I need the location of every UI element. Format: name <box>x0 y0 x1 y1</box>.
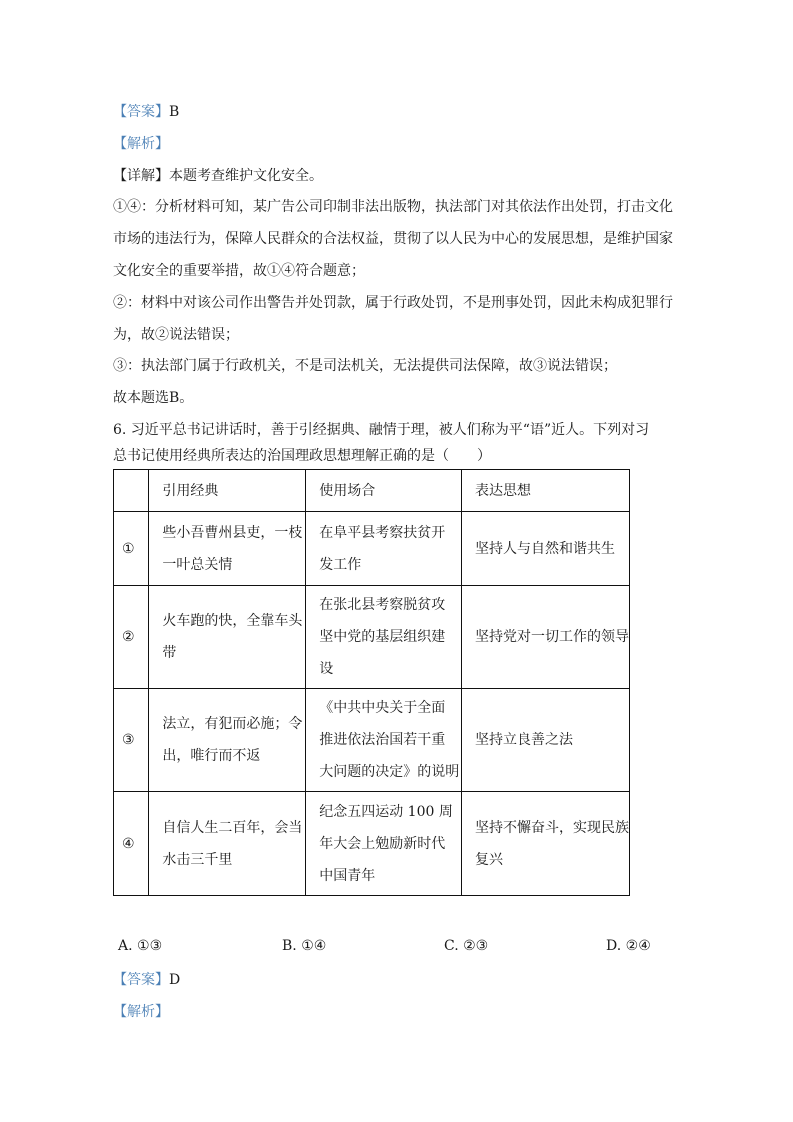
answer-options: A. ①③ B. ①④ C. ②③ D. ②④ <box>118 938 678 958</box>
question-stem-line: 总书记使用经典所表达的治国理政思想理解正确的是（ ） <box>113 446 491 466</box>
cell-line: 坚中党的基层组织建 <box>319 621 461 653</box>
idea-cell: 坚持党对一切工作的领导 <box>462 586 630 689</box>
cell-line: 在阜平县考察扶贫开 <box>319 517 461 549</box>
option-label: C. <box>444 938 459 954</box>
explanation-line: 为，故②说法错误； <box>113 325 239 345</box>
cell-line: 水击三千里 <box>162 844 305 876</box>
row-number: ③ <box>114 689 149 792</box>
occasion-cell: 纪念五四运动 100 周 年大会上勉励新时代 中国青年 <box>306 792 462 896</box>
cell-line: 坚持党对一切工作的领导 <box>475 621 629 653</box>
cell-line: 一叶总关情 <box>162 549 305 581</box>
cell-line: 中国青年 <box>319 860 461 892</box>
table-header-cell: 引用经典 <box>149 470 306 512</box>
idea-cell: 坚持人与自然和谐共生 <box>462 512 630 586</box>
cell-line: 复兴 <box>475 844 629 876</box>
cell-line: 火车跑的快，全靠车头 <box>162 605 305 637</box>
cell-line: 设 <box>319 653 461 685</box>
classic-cell: 法立，有犯而必施；令 出，唯行而不返 <box>149 689 306 792</box>
option-label: B. <box>282 938 297 954</box>
classic-cell: 火车跑的快，全靠车头 带 <box>149 586 306 689</box>
answer-label: 【答案】 <box>113 104 169 120</box>
cell-line: 坚持不懈奋斗，实现民族 <box>475 812 629 844</box>
cell-line: 坚持立良善之法 <box>475 724 629 756</box>
cell-line: 带 <box>162 637 305 669</box>
answer-value: D <box>169 972 180 988</box>
document-page: 【答案】B 【解析】 【详解】本题考查维护文化安全。 ①④：分析材料可知，某广告… <box>0 0 793 1122</box>
cell-line: 在张北县考察脱贫攻 <box>319 589 461 621</box>
analysis-label: 【解析】 <box>113 1002 169 1022</box>
table-row: ④ 自信人生二百年，会当 水击三千里 纪念五四运动 100 周 年大会上勉励新时… <box>114 792 630 896</box>
table-header-cell: 表达思想 <box>462 470 630 512</box>
option-d: D. ②④ <box>606 938 651 954</box>
answer-value: B <box>169 104 179 120</box>
cell-line: 自信人生二百年，会当 <box>162 812 305 844</box>
question-stem-line: 6. 习近平总书记讲话时，善于引经据典、融情于理，被人们称为平“语”近人。下列对… <box>113 420 649 440</box>
explanation-line: 市场的违法行为，保障人民群众的合法权益，贯彻了以人民为中心的发展思想，是维护国家 <box>113 229 673 249</box>
cell-line: 些小吾曹州县吏，一枝 <box>162 517 305 549</box>
occasion-cell: 《中共中央关于全面 推进依法治国若干重 大问题的决定》的说明 <box>306 689 462 792</box>
option-label: A. <box>118 938 133 954</box>
option-value: ②③ <box>463 938 488 954</box>
idea-cell: 坚持不懈奋斗，实现民族 复兴 <box>462 792 630 896</box>
explanation-line: ③：执法部门属于行政机关，不是司法机关，无法提供司法保障，故③说法错误； <box>113 356 617 376</box>
cell-line: 纪念五四运动 100 周 <box>319 796 461 828</box>
analysis-label: 【解析】 <box>113 134 169 154</box>
row-number: ② <box>114 586 149 689</box>
detail-intro: 本题考查维护文化安全。 <box>169 168 323 184</box>
answer-line: 【答案】B <box>113 102 179 122</box>
answer-line: 【答案】D <box>113 970 180 990</box>
table-row: ② 火车跑的快，全靠车头 带 在张北县考察脱贫攻 坚中党的基层组织建 设 坚持党… <box>114 586 630 689</box>
option-b: B. ①④ <box>282 938 326 954</box>
explanation-line: ①④：分析材料可知，某广告公司印制非法出版物，执法部门对其依法作出处罚，打击文化 <box>113 197 673 217</box>
option-value: ①④ <box>301 938 326 954</box>
option-value: ①③ <box>137 938 162 954</box>
table-header-cell: 使用场合 <box>306 470 462 512</box>
cell-line: 年大会上勉励新时代 <box>319 828 461 860</box>
detail-line: 【详解】本题考查维护文化安全。 <box>113 166 323 186</box>
cell-line: 推进依法治国若干重 <box>319 724 461 756</box>
table-header-row: 引用经典 使用场合 表达思想 <box>114 470 630 512</box>
answer-label: 【答案】 <box>113 972 169 988</box>
row-number: ① <box>114 512 149 586</box>
idea-cell: 坚持立良善之法 <box>462 689 630 792</box>
classic-cell: 些小吾曹州县吏，一枝 一叶总关情 <box>149 512 306 586</box>
table-row: ③ 法立，有犯而必施；令 出，唯行而不返 《中共中央关于全面 推进依法治国若干重… <box>114 689 630 792</box>
option-a: A. ①③ <box>118 938 162 954</box>
detail-label: 【详解】 <box>113 168 169 184</box>
option-label: D. <box>606 938 621 954</box>
conclusion-line: 故本题选B。 <box>113 388 193 408</box>
occasion-cell: 在阜平县考察扶贫开 发工作 <box>306 512 462 586</box>
option-c: C. ②③ <box>444 938 488 954</box>
option-value: ②④ <box>626 938 651 954</box>
row-number: ④ <box>114 792 149 896</box>
table-row: ① 些小吾曹州县吏，一枝 一叶总关情 在阜平县考察扶贫开 发工作 坚持人与自然和… <box>114 512 630 586</box>
cell-line: 发工作 <box>319 549 461 581</box>
cell-line: 法立，有犯而必施；令 <box>162 708 305 740</box>
classic-cell: 自信人生二百年，会当 水击三千里 <box>149 792 306 896</box>
cell-line: 坚持人与自然和谐共生 <box>475 533 629 565</box>
explanation-line: 文化安全的重要举措，故①④符合题意； <box>113 261 365 281</box>
cell-line: 出，唯行而不返 <box>162 740 305 772</box>
occasion-cell: 在张北县考察脱贫攻 坚中党的基层组织建 设 <box>306 586 462 689</box>
classics-table: 引用经典 使用场合 表达思想 ① 些小吾曹州县吏，一枝 一叶总关情 在阜平县考察… <box>113 469 630 896</box>
table-header-cell <box>114 470 149 512</box>
cell-line: 《中共中央关于全面 <box>319 692 461 724</box>
explanation-line: ②：材料中对该公司作出警告并处罚款，属于行政处罚，不是刑事处罚，因此未构成犯罪行 <box>113 293 673 313</box>
cell-line: 大问题的决定》的说明 <box>319 756 461 788</box>
